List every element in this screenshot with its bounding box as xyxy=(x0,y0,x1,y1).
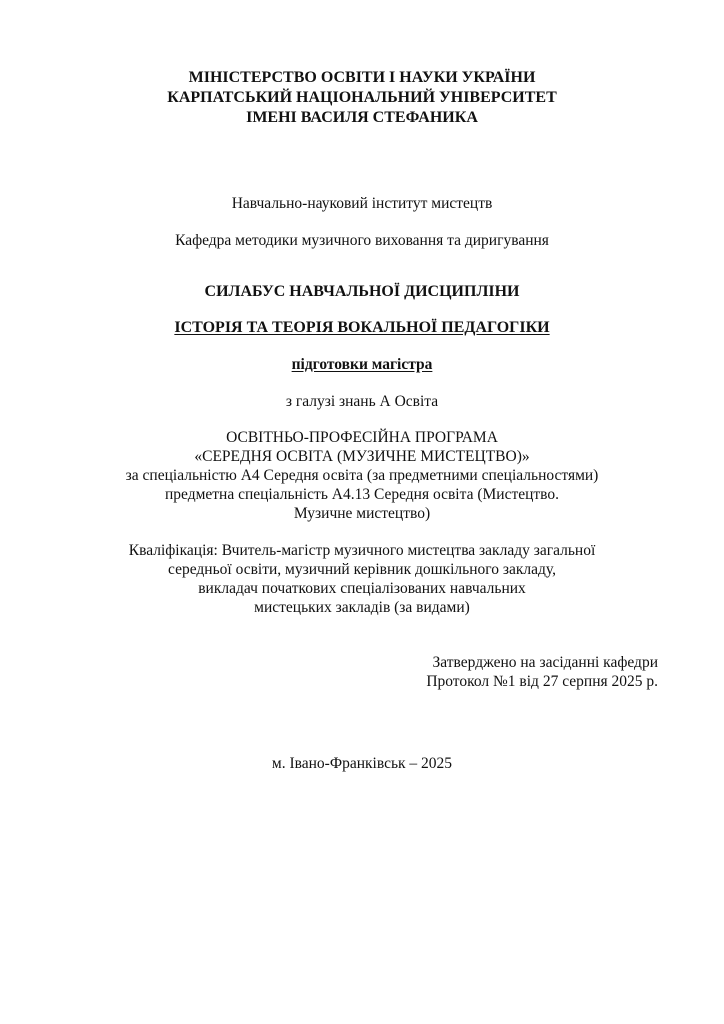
subject-specialty-cont: Музичне мистецтво) xyxy=(0,504,724,523)
subject-specialty: предметна спеціальність А4.13 Середня ос… xyxy=(0,485,724,504)
approval-line1: Затверджено на засіданні кафедри xyxy=(426,653,658,672)
approval-protocol: Протокол №1 від 27 серпня 2025 р. xyxy=(426,672,658,691)
field-of-knowledge: з галузі знань А Освіта xyxy=(0,392,724,411)
qualification-line4: мистецьких закладів (за видами) xyxy=(0,598,724,617)
program-type: ОСВІТНЬО-ПРОФЕСІЙНА ПРОГРАМА xyxy=(0,428,724,447)
university-name-line2: ІМЕНІ ВАСИЛЯ СТЕФАНИКА xyxy=(0,108,724,128)
institute-name: Навчально-науковий інститут мистецтв xyxy=(0,194,724,213)
discipline-name: ІСТОРІЯ ТА ТЕОРІЯ ВОКАЛЬНОЇ ПЕДАГОГІКИ xyxy=(0,318,724,337)
ministry-name: МІНІСТЕРСТВО ОСВІТИ І НАУКИ УКРАЇНИ xyxy=(0,68,724,88)
document-header: МІНІСТЕРСТВО ОСВІТИ І НАУКИ УКРАЇНИ КАРП… xyxy=(0,68,724,128)
qualification: Кваліфікація: Вчитель-магістр музичного … xyxy=(0,541,724,617)
department-name: Кафедра методики музичного виховання та … xyxy=(0,231,724,250)
qualification-line1: Кваліфікація: Вчитель-магістр музичного … xyxy=(0,541,724,560)
specialty: за спеціальністю А4 Середня освіта (за п… xyxy=(0,466,724,485)
educational-program: ОСВІТНЬО-ПРОФЕСІЙНА ПРОГРАМА «СЕРЕДНЯ ОС… xyxy=(0,428,724,523)
qualification-line3: викладач початкових спеціалізованих навч… xyxy=(0,579,724,598)
program-name: «СЕРЕДНЯ ОСВІТА (МУЗИЧНЕ МИСТЕЦТВО)» xyxy=(0,447,724,466)
university-name-line1: КАРПАТСЬКИЙ НАЦІОНАЛЬНИЙ УНІВЕРСИТЕТ xyxy=(0,88,724,108)
city-year: м. Івано-Франківськ – 2025 xyxy=(0,754,724,773)
syllabus-title: СИЛАБУС НАВЧАЛЬНОЇ ДИСЦИПЛІНИ xyxy=(0,282,724,301)
document-page: МІНІСТЕРСТВО ОСВІТИ І НАУКИ УКРАЇНИ КАРП… xyxy=(0,0,724,1024)
approval-note: Затверджено на засіданні кафедри Протоко… xyxy=(426,653,658,691)
degree-level: підготовки магістра xyxy=(0,355,724,374)
qualification-line2: середньої освіти, музичний керівник дошк… xyxy=(0,560,724,579)
